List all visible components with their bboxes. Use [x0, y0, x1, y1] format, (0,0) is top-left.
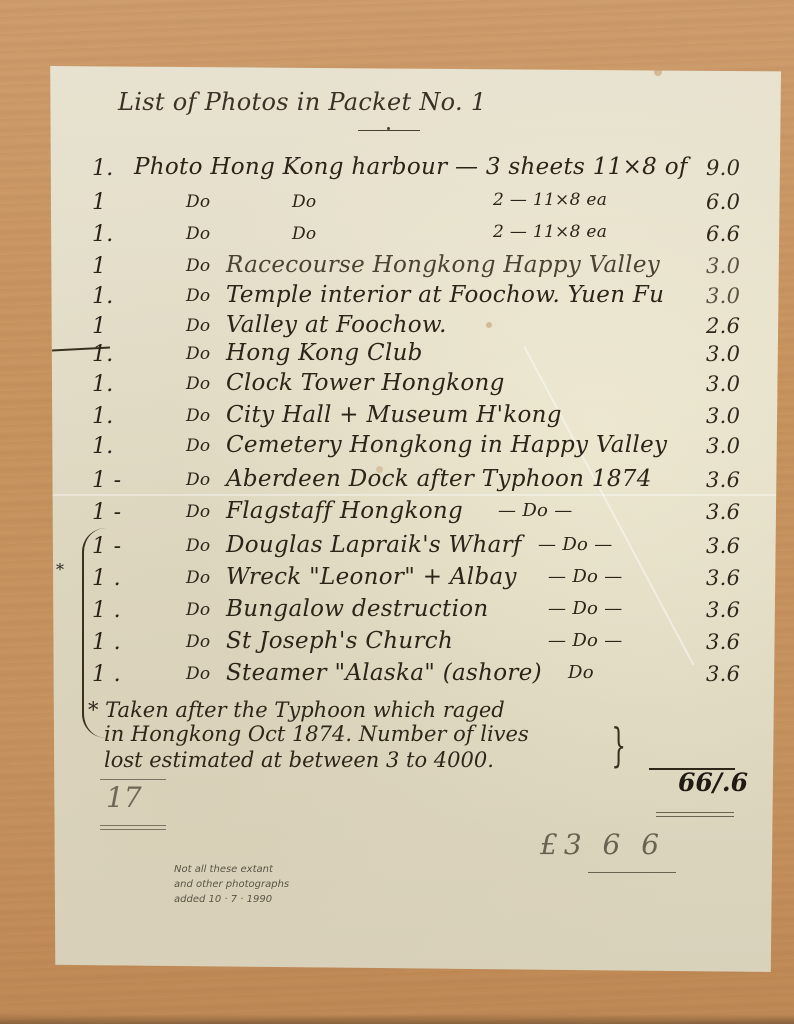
total-shillings: 66/.6 — [678, 768, 748, 797]
item-description: Wreck "Leonor" + Albay — [226, 564, 517, 590]
item-ditto-mark: Do — [568, 662, 594, 683]
list-item: 1. Photo Hong Kong harbour — 3 sheets 11… — [48, 150, 781, 184]
item-ditto: Do — [186, 406, 210, 426]
item-qty: 1. — [92, 434, 114, 459]
item-ditto: Do — [186, 632, 210, 652]
list-item: 1 . Do Bungalow destruction — Do — 3.6 — [48, 592, 781, 626]
foxing-spot — [654, 68, 662, 76]
item-type: Photo — [134, 154, 203, 180]
item-text: Hong Kong harbour — 3 sheets 11×8 of — [210, 154, 687, 180]
item-ditto: Do — [186, 436, 210, 456]
item-price: 3.0 — [706, 434, 740, 458]
item-qty: 1 - — [92, 500, 121, 525]
item-qty: 1 - — [92, 468, 121, 493]
item-description: Douglas Lapraik's Wharf — [226, 532, 522, 558]
item-description: Racecourse Hongkong Happy Valley — [226, 252, 660, 278]
item-price: 3.6 — [706, 500, 740, 524]
item-price: 3.6 — [706, 630, 740, 654]
list-item: 1. Do Do 2 — 11×8 ea 6.6 — [48, 216, 781, 250]
document-sheet: List of Photos in Packet No. 1 1. Photo … — [48, 66, 781, 972]
item-price: 6.0 — [706, 190, 740, 214]
list-item: 1 Do Racecourse Hongkong Happy Valley 3.… — [48, 248, 781, 282]
item-price: 3.6 — [706, 662, 740, 686]
pencil-line-3: added 10 · 7 · 1990 — [174, 892, 289, 907]
list-item: 1. Do Clock Tower Hongkong 3.0 — [48, 366, 781, 400]
item-description: Cemetery Hongkong in Happy Valley — [226, 432, 667, 458]
item-price: 3.6 — [706, 598, 740, 622]
item-price: 3.6 — [706, 534, 740, 558]
item-description: Hong Kong Club — [226, 340, 423, 366]
item-qty: 1 . — [92, 598, 121, 623]
item-price: 3.6 — [706, 468, 740, 492]
item-price: 3.0 — [706, 404, 740, 428]
item-ditto-mark: — Do — — [548, 598, 623, 619]
archival-pencil-note: Not all these extant and other photograp… — [174, 862, 289, 907]
item-qty: 1. — [92, 156, 114, 181]
item-size-note: 2 — 11×8 ea — [493, 190, 607, 210]
item-description: Clock Tower Hongkong — [226, 370, 505, 396]
item-price: 3.0 — [706, 342, 740, 366]
list-item: 1 . Do Wreck "Leonor" + Albay — Do — 3.6 — [48, 560, 781, 594]
item-ditto-mark: — Do — — [498, 500, 573, 521]
item-price: 6.6 — [706, 222, 740, 246]
item-price: 2.6 — [706, 314, 740, 338]
item-description: Do — [292, 224, 316, 244]
item-description: Photo Hong Kong harbour — 3 sheets 11×8 … — [134, 154, 688, 180]
item-size-note: 2 — 11×8 ea — [493, 222, 607, 242]
item-ditto: Do — [186, 536, 210, 556]
item-ditto: Do — [186, 374, 210, 394]
item-description: Temple interior at Foochow. Yuen Fu — [226, 282, 664, 308]
item-qty: 1 . — [92, 566, 121, 591]
item-ditto: Do — [186, 256, 210, 276]
total-pounds: £3 6 6 — [540, 828, 665, 861]
item-qty: 1. — [92, 342, 114, 367]
item-price: 3.6 — [706, 566, 740, 590]
list-item: 1 - Do Aberdeen Dock after Typhoon 1874 … — [48, 462, 781, 496]
list-item: 1 Do Do 2 — 11×8 ea 6.0 — [48, 184, 781, 218]
list-item: 1 . Do St Joseph's Church — Do — 3.6 — [48, 624, 781, 658]
item-ditto: Do — [186, 568, 210, 588]
pencil-line-1: Not all these extant — [174, 862, 289, 877]
list-item: 1. Do Cemetery Hongkong in Happy Valley … — [48, 428, 781, 462]
item-qty: 1 . — [92, 662, 121, 687]
item-ditto: Do — [186, 224, 210, 244]
item-count-tally: 17 — [106, 781, 142, 814]
tally-rule — [100, 779, 166, 780]
item-qty: 1 — [92, 254, 106, 279]
list-item: 1. Do Temple interior at Foochow. Yuen F… — [48, 278, 781, 312]
pencil-line-2: and other photographs — [174, 877, 289, 892]
item-description: Valley at Foochow. — [226, 312, 447, 338]
item-price: 9.0 — [706, 156, 740, 180]
list-item: 1. Do City Hall + Museum H'kong 3.0 — [48, 398, 781, 432]
item-description: Steamer "Alaska" (ashore) — [226, 660, 542, 686]
item-price: 3.0 — [706, 372, 740, 396]
item-ditto: Do — [186, 344, 210, 364]
item-ditto-mark: — Do — — [538, 534, 613, 555]
title-underline — [358, 130, 420, 131]
item-description: Flagstaff Hongkong — [226, 498, 463, 524]
item-qty: 1 - — [92, 534, 121, 559]
footnote-brace: } — [611, 718, 626, 772]
list-item: 1 - Do Flagstaff Hongkong — Do — 3.6 — [48, 494, 781, 528]
table-edge-shadow — [0, 1014, 794, 1024]
item-qty: 1 . — [92, 630, 121, 655]
item-ditto: Do — [186, 600, 210, 620]
footnote-line-1: * Taken after the Typhoon which raged — [88, 698, 505, 722]
item-price: 3.0 — [706, 284, 740, 308]
total-double-rule — [656, 812, 734, 817]
item-ditto-mark: — Do — — [548, 566, 623, 587]
item-ditto: Do — [186, 316, 210, 336]
pounds-underline — [588, 872, 676, 873]
document-title: List of Photos in Packet No. 1 — [118, 88, 486, 116]
item-price: 3.0 — [706, 254, 740, 278]
item-description: Do — [292, 192, 316, 212]
item-description: City Hall + Museum H'kong — [226, 402, 562, 428]
item-ditto-mark: — Do — — [548, 630, 623, 651]
item-description: St Joseph's Church — [226, 628, 453, 654]
item-description: Bungalow destruction — [226, 596, 489, 622]
item-ditto: Do — [186, 192, 210, 212]
title-ornament — [387, 127, 390, 130]
tally-double-rule — [100, 825, 166, 830]
item-qty: 1. — [92, 404, 114, 429]
item-description: Aberdeen Dock after Typhoon 1874 — [226, 466, 652, 492]
item-qty: 1. — [92, 372, 114, 397]
item-ditto: Do — [186, 664, 210, 684]
footnote-line-2: in Hongkong Oct 1874. Number of lives — [104, 722, 529, 746]
item-ditto: Do — [186, 470, 210, 490]
list-item: 1 - Do Douglas Lapraik's Wharf — Do — 3.… — [48, 528, 781, 562]
item-ditto: Do — [186, 502, 210, 522]
item-qty: 1. — [92, 284, 114, 309]
item-qty: 1. — [92, 222, 114, 247]
item-qty: 1 — [92, 190, 106, 215]
list-item: 1 . Do Steamer "Alaska" (ashore) Do 3.6 — [48, 656, 781, 690]
list-item: 1. Do Hong Kong Club 3.0 — [48, 336, 781, 370]
item-ditto: Do — [186, 286, 210, 306]
footnote-line-3: lost estimated at between 3 to 4000. — [104, 748, 494, 772]
